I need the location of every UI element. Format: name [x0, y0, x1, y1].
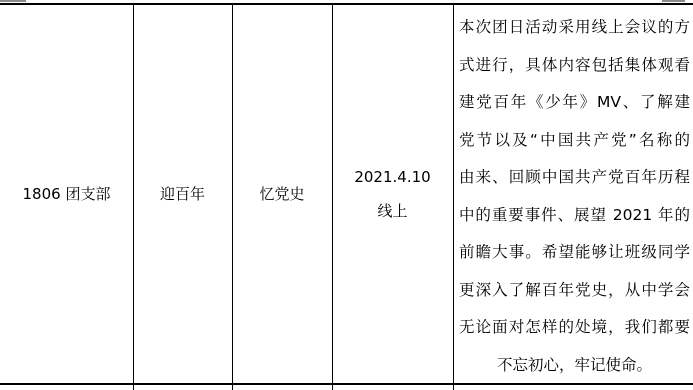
- description-line: 不忘初心，牢记使命。: [459, 347, 690, 385]
- branch-name-text: 1806 团支部: [23, 177, 111, 211]
- activity-name-2-text: 忆党史: [259, 177, 304, 211]
- description-line: 式进行，具体内容包括集体观看: [459, 47, 690, 85]
- cell-date-mode: 2021.4.10 线上: [333, 5, 452, 383]
- cell-activity-name-1: 迎百年: [134, 5, 231, 383]
- cell-activity-name-2: 忆党史: [233, 5, 331, 383]
- column-divider-4: [453, 3, 454, 390]
- description-line: 前瞻大事。希望能够让班级同学: [459, 234, 690, 272]
- description-line: 党节以及“中国共产党”名称的: [459, 122, 690, 160]
- date-text: 2021.4.10: [354, 160, 430, 194]
- description-line: 无论面对怎样的处境，我们都要: [459, 309, 690, 347]
- document-table: 1806 团支部 迎百年 忆党史 2021.4.10 线上 本次团日活动采用线上…: [0, 0, 693, 390]
- mode-text: 线上: [377, 194, 407, 228]
- description-line: 由来、回顾中国共产党百年历程: [459, 159, 690, 197]
- description-line: 建党百年《少年》MV、了解建: [459, 84, 690, 122]
- description-line: 中的重要事件、展望 2021 年的: [459, 197, 690, 235]
- cell-branch-name: 1806 团支部: [1, 5, 132, 383]
- cropped-artifact-right: [662, 0, 685, 2]
- cropped-artifact-left: [0, 0, 26, 2]
- cell-activity-description: 本次团日活动采用线上会议的方 式进行，具体内容包括集体观看 建党百年《少年》MV…: [459, 9, 690, 384]
- activity-name-1-text: 迎百年: [160, 177, 205, 211]
- description-line: 更深入了解百年党史，从中学会: [459, 272, 690, 310]
- description-line: 本次团日活动采用线上会议的方: [459, 9, 690, 47]
